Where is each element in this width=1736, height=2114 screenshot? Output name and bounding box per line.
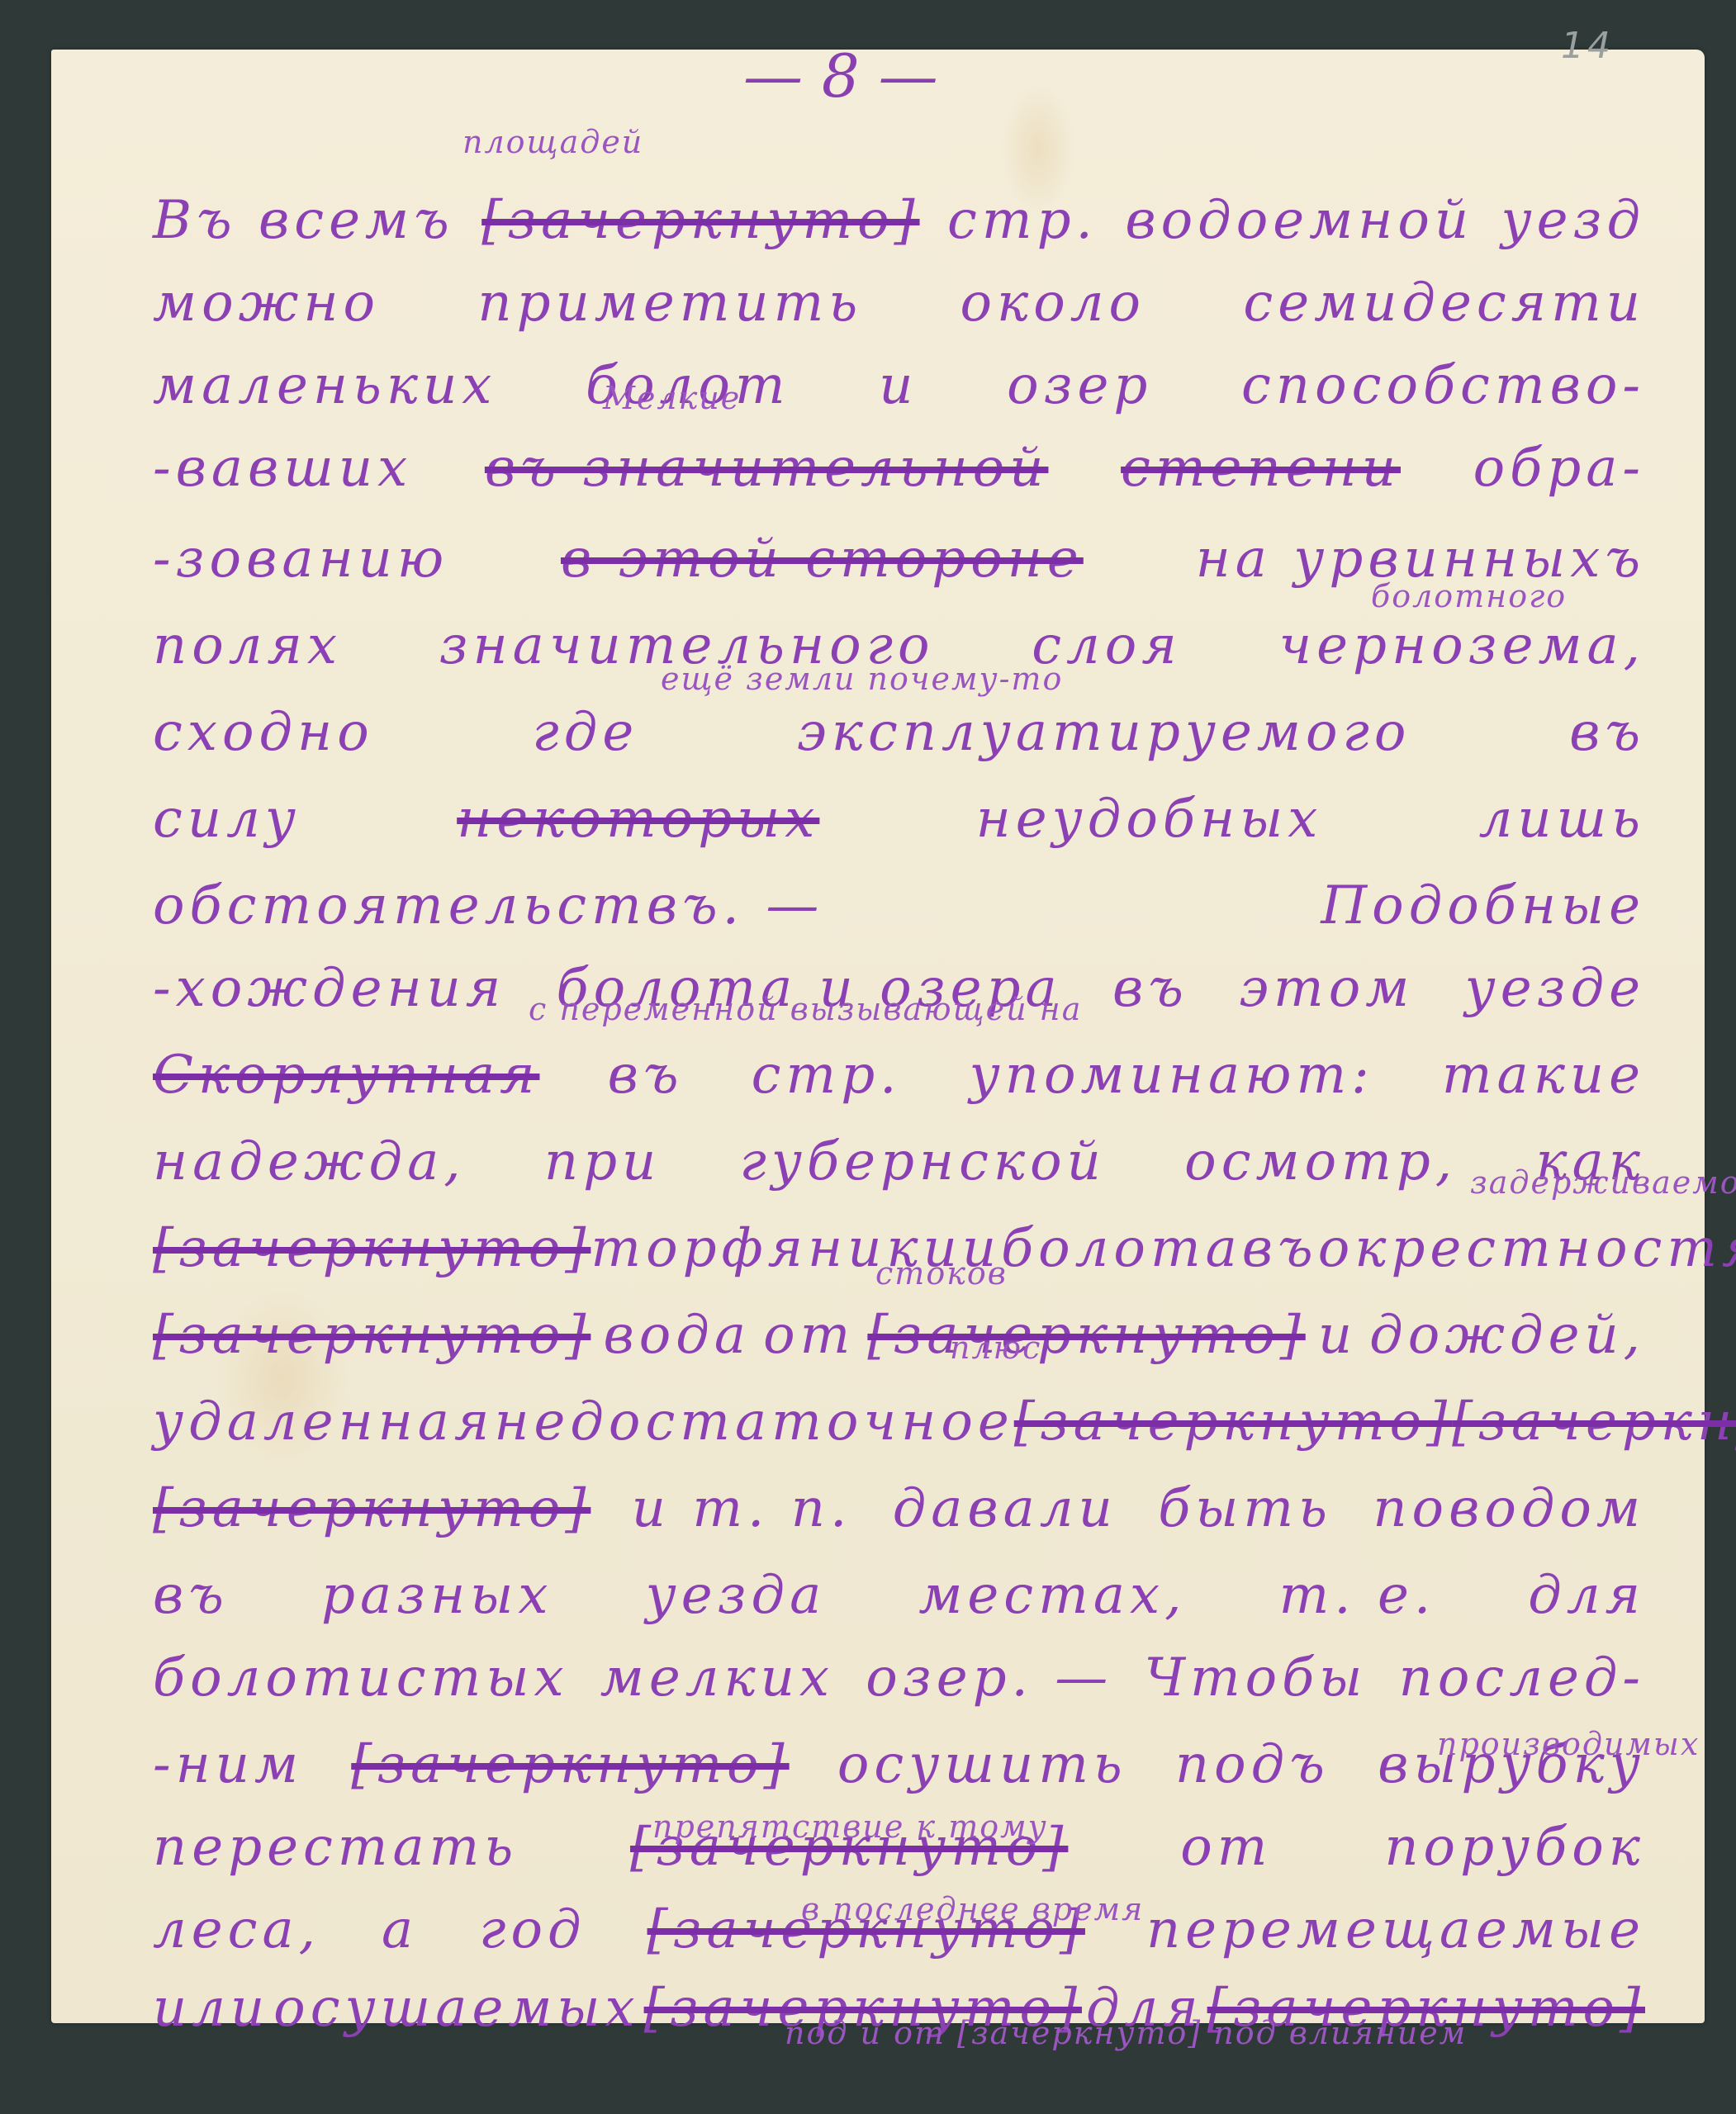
manuscript-line: въразныхуездаместах,т. е.для [153,1565,1645,1626]
word: такие [1442,1045,1645,1106]
interlinear-insertion: ещё земли почему-то [661,661,1063,697]
word: болота [1001,1218,1242,1279]
word: местах, [918,1565,1186,1626]
word: въ [1569,702,1645,763]
word: маленьких [153,355,496,416]
word: надежда, [153,1131,466,1192]
word: можно [153,273,380,334]
word: осмотр, [1184,1131,1457,1192]
struck-word: въ значительной [485,438,1049,499]
word: уезде [1465,958,1645,1019]
word: осушаемых [273,1978,639,2039]
word: мелких [600,1647,834,1709]
word: неудобных [976,789,1323,850]
word: въ [1242,1218,1318,1279]
word: стр. [752,1045,902,1106]
struck-word: [зачеркнуто] [1014,1391,1452,1453]
interlinear-insertion: производимых [1437,1726,1700,1762]
word: въ [1112,958,1188,1019]
word: способство- [1241,355,1645,416]
word: дождей, [1369,1305,1645,1366]
word: порубок [1384,1817,1645,1878]
word: вода [603,1305,751,1366]
word: въ [153,1565,229,1626]
interlinear-insertion: площадей [462,124,643,160]
interlinear-insertion: стоков [875,1255,1008,1292]
interlinear-insertion: задерживаемой [1470,1164,1736,1201]
word: и т. п. [632,1478,852,1539]
word: полях [153,615,342,676]
manuscript-line: сходногдеэксплуатируемоговъ [153,702,1645,763]
interlinear-insertion: в последнее время [801,1891,1144,1927]
word: Въ всемъ [153,190,454,251]
word: поводом [1373,1478,1645,1539]
word: т. е. [1279,1565,1436,1626]
manuscript-line: [зачеркнуто]водаот[зачеркнуто]идождей, [153,1305,1645,1366]
word: -ним [153,1734,303,1795]
manuscript-line: удаленнаянедостаточное[зачеркнуто][зачер… [153,1391,1645,1453]
word: болотистых [153,1647,569,1709]
word: губернской [740,1131,1106,1192]
word: разных [321,1565,553,1626]
word: озер. — [866,1647,1112,1709]
word: леса, [153,1899,320,1960]
manuscript-line: маленькихболотиозерспособство- [153,355,1645,416]
word: перестать [153,1817,518,1878]
struck-word: Скорлупная [153,1045,539,1106]
word: стр. [947,190,1098,251]
word: перемещаемые [1146,1899,1645,1960]
interlinear-insertion: Мелкие [603,380,741,416]
word: и [1318,1305,1357,1366]
word: для [1528,1565,1645,1626]
manuscript-line: Въ всемъ[зачеркнуто]стр.водоемнойуезд [153,190,1645,251]
word: обра- [1473,438,1645,499]
word: въ [608,1045,684,1106]
word: упоминают: [970,1045,1374,1106]
struck-word: некоторых [457,789,819,850]
manuscript-line: -вавшихвъ значительнойстепениобра- [153,438,1645,499]
word: при [544,1131,661,1192]
word: послед- [1399,1647,1645,1709]
manuscript-line: -ним[зачеркнуто]осушитьподъвырубку [153,1734,1645,1795]
word: осушить [837,1734,1127,1795]
struck-word: [зачеркнуто] [867,1305,1305,1366]
struck-word: степени [1121,438,1401,499]
struck-word: [зачеркнуто] [153,1478,591,1539]
struck-word: в этой стороне [561,528,1084,590]
manuscript-line: силунекоторыхнеудобныхлишь [153,789,1645,850]
manuscript-line: надежда,пригубернскойосмотр,как [153,1131,1645,1192]
word: окрестностях [1318,1218,1736,1279]
word: уезда [646,1565,827,1626]
manuscript-line: обстоятельствъ. —Подобные [153,875,1645,936]
word: от [763,1305,855,1366]
word: -хождения [153,958,505,1019]
word: лишь [1479,789,1645,850]
word: или [153,1978,269,2039]
word: приметить [477,273,862,334]
word: подъ [1175,1734,1330,1795]
word: -зованию [153,528,448,590]
struck-word: [зачеркнуто] [153,1305,591,1366]
struck-word: [зачеркнуто] [153,1218,591,1279]
word: Чтобы [1144,1647,1367,1709]
word: силу [153,789,301,850]
word: Подобные [1321,875,1645,936]
interlinear-insertion: под и от [зачеркнуто] под влиянием [785,2015,1467,2051]
struck-word: [зачеркнуто] [1452,1391,1736,1453]
word: чернозема, [1278,615,1645,676]
struck-word: [зачеркнуто] [481,190,919,251]
word: давали [893,1478,1117,1539]
word: обстоятельствъ. — [153,875,823,936]
word: водоемной [1125,190,1473,251]
manuscript-line: [зачеркнуто]и т. п.давалибытьповодом [153,1478,1645,1539]
word: около [960,273,1146,334]
pencil-folio-number: 14 [1561,25,1614,67]
interlinear-insertion: плюс [950,1330,1041,1366]
word: год [479,1899,586,1960]
word: недостаточное [494,1391,1013,1453]
word: семидесяти [1243,273,1645,334]
word: удаленная [153,1391,494,1453]
manuscript-line: Скорлупнаявъстр.упоминают:такие [153,1045,1645,1106]
interlinear-insertion: с переменной вызывающей на [529,991,1082,1027]
interlinear-insertion: болотного [1371,578,1567,614]
word: эксплуатируемого [797,702,1411,763]
manuscript-line: можноприметитьоколосемидесяти [153,273,1645,334]
word: быть [1158,1478,1332,1539]
word: уезд [1501,190,1645,251]
word: от [1180,1817,1272,1878]
word: этом [1239,958,1414,1019]
page-number: — 8 — [743,41,938,111]
struck-word: [зачеркнуто] [351,1734,789,1795]
word: где [532,702,638,763]
word: и [879,355,918,416]
interlinear-insertion: препятствие к тому [652,1808,1048,1845]
manuscript-line: болотистыхмелкихозер. —Чтобыпослед- [153,1647,1645,1709]
word: -вавших [153,438,412,499]
word: сходно [153,702,374,763]
word: озер [1007,355,1152,416]
word: а [382,1899,418,1960]
